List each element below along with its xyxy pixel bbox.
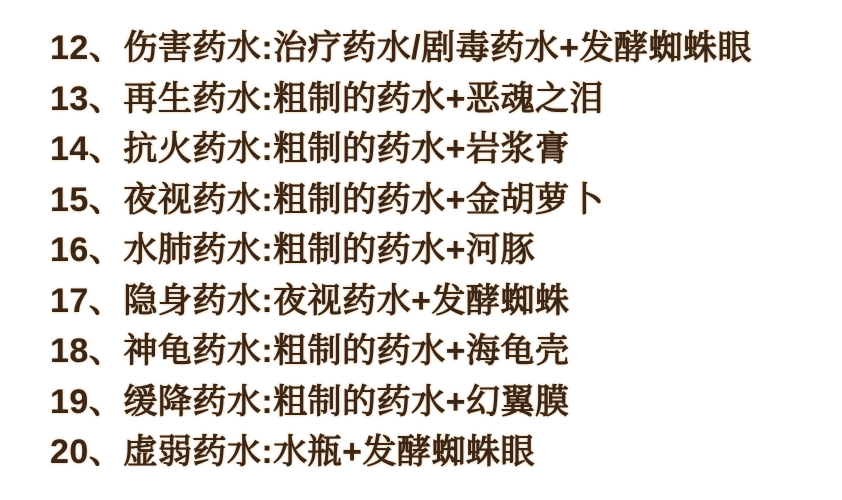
potion-name: 缓降药水	[123, 383, 261, 421]
recipe-number: 20	[50, 433, 89, 471]
enumeration-comma: 、	[89, 181, 124, 219]
colon-separator: :	[261, 231, 273, 269]
recipe-number: 19	[50, 383, 89, 421]
colon-separator: :	[261, 433, 273, 471]
recipe-line: 17、隐身药水:夜视药水+发酵蜘蛛	[50, 276, 832, 327]
potion-name: 隐身药水	[123, 282, 261, 320]
recipe-number: 18	[50, 332, 89, 370]
enumeration-comma: 、	[89, 130, 124, 168]
recipe-line: 14、抗火药水:粗制的药水+岩浆膏	[50, 124, 832, 175]
recipe-line: 16、水肺药水:粗制的药水+河豚	[50, 225, 832, 276]
recipe-formula: 粗制的药水+海龟壳	[273, 332, 569, 370]
potion-recipe-list: 12、伤害药水:治疗药水/剧毒药水+发酵蜘蛛眼 13、再生药水:粗制的药水+恶魂…	[50, 23, 832, 478]
recipe-formula: 粗制的药水+河豚	[273, 231, 535, 269]
recipe-formula: 粗制的药水+恶魂之泪	[273, 80, 604, 118]
colon-separator: :	[261, 332, 273, 370]
recipe-line: 18、神龟药水:粗制的药水+海龟壳	[50, 326, 832, 377]
recipe-number: 16	[50, 231, 89, 269]
colon-separator: :	[261, 282, 273, 320]
potion-name: 夜视药水	[123, 181, 261, 219]
enumeration-comma: 、	[89, 433, 124, 471]
potion-name: 抗火药水	[123, 130, 261, 168]
potion-name: 神龟药水	[123, 332, 261, 370]
recipe-line: 19、缓降药水:粗制的药水+幻翼膜	[50, 377, 832, 428]
potion-name: 再生药水	[123, 80, 261, 118]
colon-separator: :	[261, 130, 273, 168]
potion-name: 伤害药水	[123, 29, 261, 67]
colon-separator: :	[261, 383, 273, 421]
enumeration-comma: 、	[89, 80, 124, 118]
recipe-number: 17	[50, 282, 89, 320]
recipe-line: 13、再生药水:粗制的药水+恶魂之泪	[50, 74, 832, 125]
recipe-formula: 治疗药水/剧毒药水+发酵蜘蛛眼	[273, 29, 752, 67]
colon-separator: :	[261, 80, 273, 118]
potion-name: 水肺药水	[123, 231, 261, 269]
recipe-formula: 粗制的药水+幻翼膜	[273, 383, 569, 421]
enumeration-comma: 、	[89, 383, 124, 421]
colon-separator: :	[261, 181, 273, 219]
potion-name: 虚弱药水	[123, 433, 261, 471]
recipe-line: 15、夜视药水:粗制的药水+金胡萝卜	[50, 175, 832, 226]
recipe-formula: 水瓶+发酵蜘蛛眼	[273, 433, 535, 471]
recipe-number: 12	[50, 29, 89, 67]
potion-recipe-page: 12、伤害药水:治疗药水/剧毒药水+发酵蜘蛛眼 13、再生药水:粗制的药水+恶魂…	[0, 0, 842, 500]
recipe-line: 20、虚弱药水:水瓶+发酵蜘蛛眼	[50, 427, 832, 478]
recipe-formula: 粗制的药水+金胡萝卜	[273, 181, 604, 219]
enumeration-comma: 、	[89, 282, 124, 320]
recipe-number: 14	[50, 130, 89, 168]
enumeration-comma: 、	[89, 231, 124, 269]
recipe-number: 13	[50, 80, 89, 118]
recipe-formula: 粗制的药水+岩浆膏	[273, 130, 569, 168]
enumeration-comma: 、	[89, 332, 124, 370]
recipe-formula: 夜视药水+发酵蜘蛛	[273, 282, 569, 320]
colon-separator: :	[261, 29, 273, 67]
recipe-number: 15	[50, 181, 89, 219]
recipe-line: 12、伤害药水:治疗药水/剧毒药水+发酵蜘蛛眼	[50, 23, 832, 74]
enumeration-comma: 、	[89, 29, 124, 67]
